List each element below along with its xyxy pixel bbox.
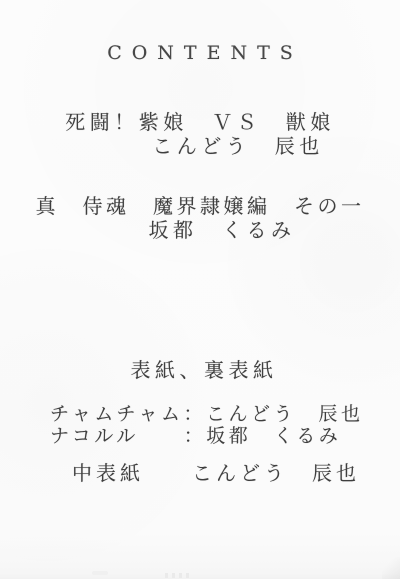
scan-artifact-smudge bbox=[92, 571, 108, 575]
scan-artifact-ticks bbox=[165, 573, 197, 578]
contents-title: CONTENTS bbox=[0, 42, 400, 64]
cover-credit-line: ナコルル ：坂都 くるみ bbox=[50, 421, 341, 448]
entry-author: こんどう 辰也 bbox=[38, 130, 400, 159]
contents-page: CONTENTS 死闘！紫娘 ＶＳ 獣娘 こんどう 辰也 真 侍魂 魔界隷嬢編 … bbox=[0, 0, 400, 579]
inner-cover-credit: 中表紙 こんどう 辰也 bbox=[72, 457, 360, 486]
entry-author: 坂都 くるみ bbox=[22, 214, 400, 243]
scan-corner-shade bbox=[382, 557, 400, 579]
covers-heading: 表紙、裏表紙 bbox=[4, 354, 400, 383]
